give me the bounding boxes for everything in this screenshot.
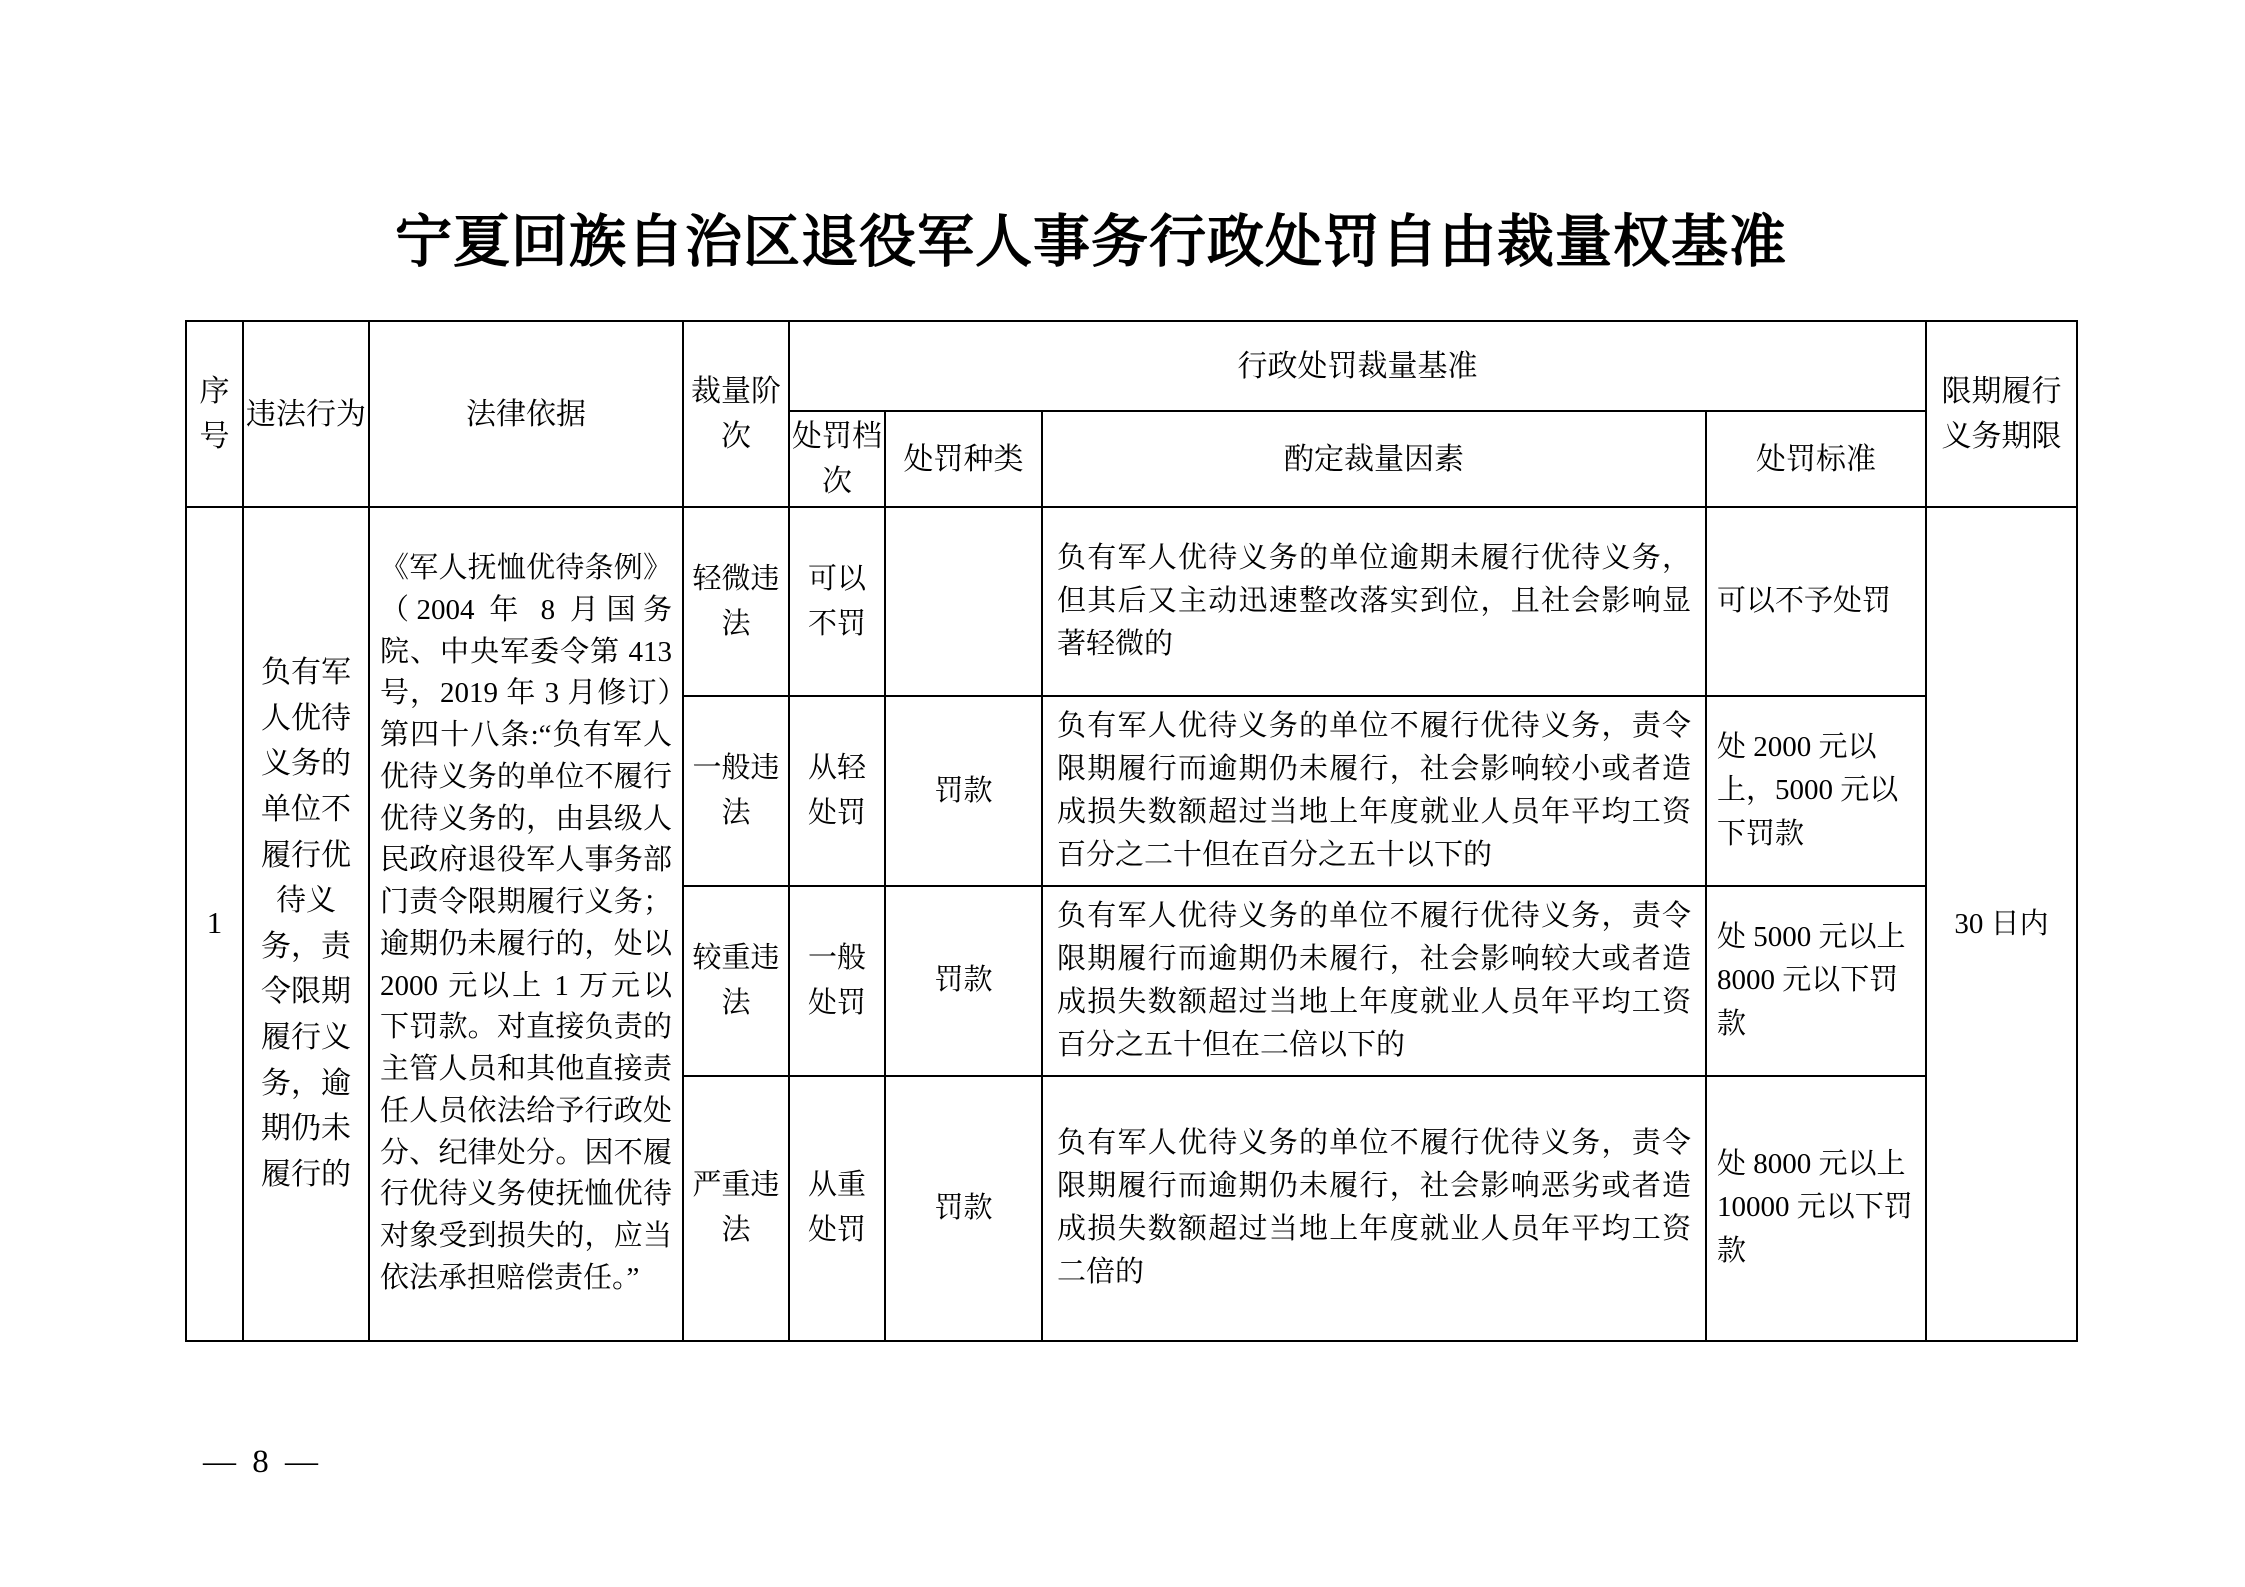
cell-discretion-level: 一般违法 bbox=[683, 696, 789, 886]
page-title: 宁夏回族自治区退役军人事务行政处罚自由裁量权基准 bbox=[0, 196, 2182, 278]
cell-penalty-type bbox=[885, 507, 1042, 696]
header-penalty-benchmark: 行政处罚裁量基准 bbox=[789, 321, 1926, 411]
cell-discretion-level: 较重违法 bbox=[683, 886, 789, 1076]
header-violation: 违法行为 bbox=[243, 321, 369, 507]
cell-discretion-factor: 负有军人优待义务的单位不履行优待义务，责令限期履行而逾期仍未履行，社会影响较小或… bbox=[1042, 696, 1706, 886]
cell-penalty-type: 罚款 bbox=[885, 696, 1042, 886]
table-row: 1 负有军人优待义务的单位不履行优待义务，责令限期履行义务，逾期仍未履行的 《军… bbox=[186, 507, 2077, 696]
cell-penalty-standard: 处 2000 元以上，5000 元以下罚款 bbox=[1706, 696, 1926, 886]
header-deadline: 限期履行义务期限 bbox=[1926, 321, 2077, 507]
header-legal-basis: 法律依据 bbox=[369, 321, 683, 507]
page-number: — 8 — bbox=[203, 1444, 322, 1481]
cell-penalty-standard: 处 8000 元以上 10000 元以下罚款 bbox=[1706, 1076, 1926, 1341]
cell-discretion-level: 轻微违法 bbox=[683, 507, 789, 696]
header-penalty-standard: 处罚标准 bbox=[1706, 411, 1926, 507]
table-header-row-1: 序号 违法行为 法律依据 裁量阶次 行政处罚裁量基准 限期履行义务期限 bbox=[186, 321, 2077, 411]
cell-discretion-level: 严重违法 bbox=[683, 1076, 789, 1341]
cell-deadline: 30 日内 bbox=[1926, 507, 2077, 1341]
header-discretion-level: 裁量阶次 bbox=[683, 321, 789, 507]
cell-legal-basis: 《军人抚恤优待条例》（2004 年 8 月国务院、中央军委令第 413 号，20… bbox=[369, 507, 683, 1341]
cell-discretion-factor: 负有军人优待义务的单位不履行优待义务，责令限期履行而逾期仍未履行，社会影响较大或… bbox=[1042, 886, 1706, 1076]
cell-penalty-standard: 处 5000 元以上 8000 元以下罚款 bbox=[1706, 886, 1926, 1076]
cell-index: 1 bbox=[186, 507, 243, 1341]
header-discretion-factors: 酌定裁量因素 bbox=[1042, 411, 1706, 507]
cell-discretion-factor: 负有军人优待义务的单位逾期未履行优待义务，但其后又主动迅速整改落实到位，且社会影… bbox=[1042, 507, 1706, 696]
cell-penalty-type: 罚款 bbox=[885, 1076, 1042, 1341]
header-index: 序号 bbox=[186, 321, 243, 507]
cell-discretion-factor: 负有军人优待义务的单位不履行优待义务，责令限期履行而逾期仍未履行，社会影响恶劣或… bbox=[1042, 1076, 1706, 1341]
cell-penalty-grade: 一般处罚 bbox=[789, 886, 885, 1076]
cell-penalty-type: 罚款 bbox=[885, 886, 1042, 1076]
cell-penalty-grade: 从重处罚 bbox=[789, 1076, 885, 1341]
cell-violation: 负有军人优待义务的单位不履行优待义务，责令限期履行义务，逾期仍未履行的 bbox=[243, 507, 369, 1341]
discretion-benchmark-table: 序号 违法行为 法律依据 裁量阶次 行政处罚裁量基准 限期履行义务期限 处罚档次… bbox=[185, 320, 2078, 1342]
cell-penalty-standard: 可以不予处罚 bbox=[1706, 507, 1926, 696]
header-penalty-grade: 处罚档次 bbox=[789, 411, 885, 507]
cell-penalty-grade: 从轻处罚 bbox=[789, 696, 885, 886]
header-penalty-type: 处罚种类 bbox=[885, 411, 1042, 507]
cell-penalty-grade: 可以不罚 bbox=[789, 507, 885, 696]
